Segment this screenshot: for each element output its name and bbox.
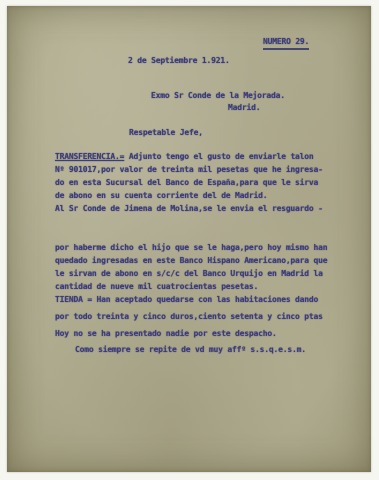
body-line-6: por haberme dicho el hijo que se le haga… bbox=[55, 243, 327, 253]
letter-number-text: NUMERO 29. bbox=[263, 37, 309, 50]
body-line-9: cantidad de nueve mil cuatrocientas pese… bbox=[55, 282, 258, 292]
body-line-2: Nº 901017,por valor de treinta mil peset… bbox=[55, 165, 323, 175]
body-line-12: Hoy no se ha presentado nadie por este d… bbox=[55, 329, 277, 339]
body-line-3: do en esta Sucursal del Banco de España,… bbox=[55, 178, 318, 188]
addressee-line: Exmo Sr Conde de la Mejorada. bbox=[151, 91, 285, 101]
closing-line: Como siempre se repite de vd muy affº s.… bbox=[75, 345, 306, 355]
body-line-10: TIENDA = Han aceptado quedarse con las h… bbox=[55, 295, 318, 305]
body-line-1: TRANSFERENCIA.= Adjunto tengo el gusto d… bbox=[55, 152, 314, 162]
salutation-line: Respetable Jefe, bbox=[129, 128, 203, 138]
body-line-5: Al Sr Conde de Jimena de Molina,se le en… bbox=[55, 204, 323, 214]
letter-paper bbox=[7, 6, 371, 472]
date-line: 2 de Septiembre 1.921. bbox=[128, 56, 230, 66]
addressee-city: Madrid. bbox=[228, 103, 260, 113]
body-line-8: le sirvan de abono en s/c/c del Banco Ur… bbox=[55, 269, 323, 279]
body-line-1-text: Adjunto tengo el gusto de enviarle talon bbox=[124, 152, 313, 161]
paragraph-lead-transferencia: TRANSFERENCIA.= bbox=[55, 152, 124, 161]
body-line-7: quedado ingresadas en este Banco Hispano… bbox=[55, 256, 327, 266]
body-line-4: de abono en su cuenta corriente del de M… bbox=[55, 191, 267, 201]
body-line-11: por todo treinta y cinco duros,ciento se… bbox=[55, 312, 323, 322]
letter-number: NUMERO 29. bbox=[263, 37, 309, 50]
